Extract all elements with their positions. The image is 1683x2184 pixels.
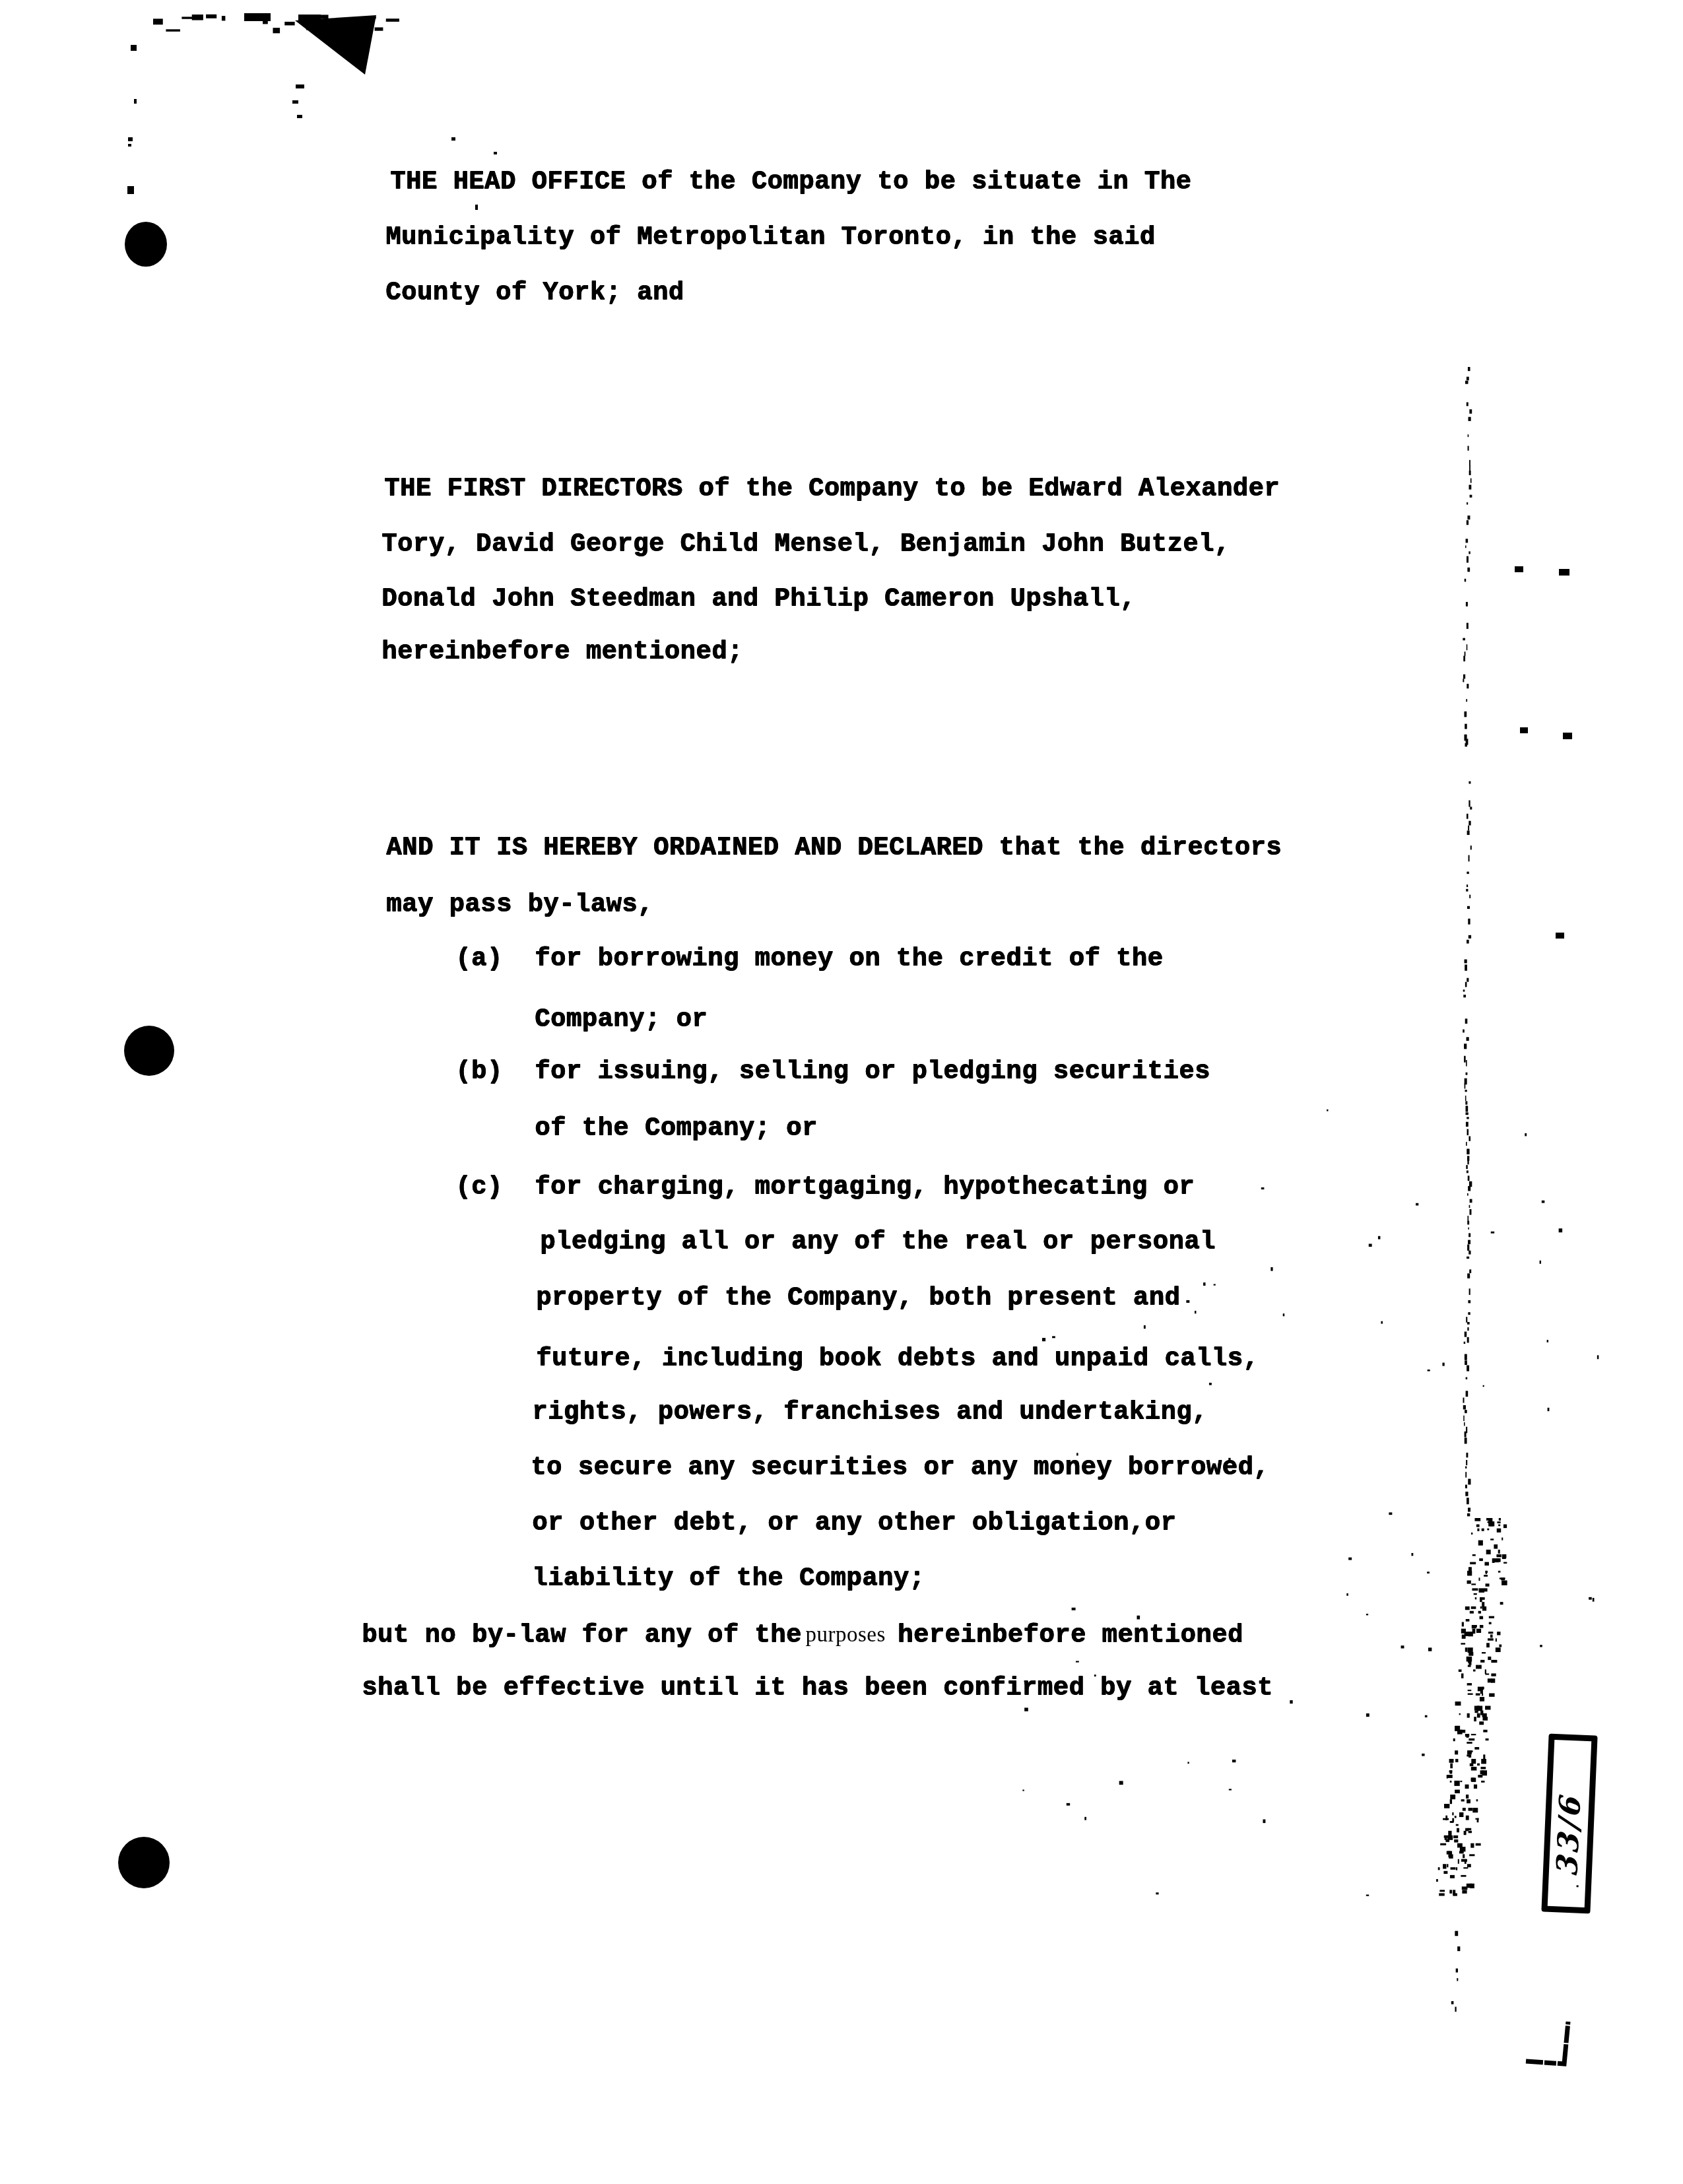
closing-line-part: hereinbefore mentioned <box>898 1620 1243 1649</box>
typewritten-line: shall be effective until it has been con… <box>362 1675 1273 1701</box>
corner-fold-triangle-mark <box>295 15 376 75</box>
typewritten-line: may pass by-laws, <box>386 892 653 917</box>
typewritten-line: County of York; and <box>385 280 684 306</box>
typewritten-line: for charging, mortgaging, hypothecating … <box>535 1174 1195 1200</box>
typewritten-line: Tory, David George Child Mensel, Benjami… <box>381 531 1230 557</box>
typewritten-line: Municipality of Metropolitan Toronto, in… <box>385 224 1155 250</box>
corner-mark <box>1526 2022 1568 2064</box>
typewritten-line: Donald John Steedman and Philip Cameron … <box>381 586 1136 612</box>
typewritten-line: property of the Company, both present an… <box>536 1285 1180 1311</box>
typewritten-line: or other debt, or any other obligation,o… <box>532 1510 1176 1536</box>
typewritten-line: hereinbefore mentioned; <box>381 639 743 665</box>
typewritten-line: rights, powers, franchises and undertaki… <box>532 1399 1208 1425</box>
hole-punch <box>124 1026 174 1076</box>
typewritten-line: of the Company; or <box>535 1115 817 1141</box>
closing-line-part: but no by-law for any of the <box>362 1620 802 1649</box>
typewritten-line: THE HEAD OFFICE of the Company to be sit… <box>390 169 1191 195</box>
typewritten-line: to secure any securities or any money bo… <box>531 1455 1269 1480</box>
inserted-word: purposes <box>806 1623 886 1647</box>
hole-punch <box>125 222 167 267</box>
typewritten-line: future, including book debts and unpaid … <box>536 1346 1259 1372</box>
typewritten-line: for issuing, selling or pledging securit… <box>535 1059 1210 1084</box>
typewritten-line: for borrowing money on the credit of the <box>535 946 1163 972</box>
list-marker-b: (b) <box>455 1059 502 1084</box>
list-marker-a: (a) <box>455 946 502 972</box>
typewritten-line: but no by-law for any of thepurposeshere… <box>362 1622 1243 1648</box>
list-marker-c: (c) <box>455 1174 502 1200</box>
stamp-box: 33/6 <box>1541 1734 1597 1914</box>
stamp-value: 33/6 <box>1550 1790 1587 1876</box>
typewritten-line: THE FIRST DIRECTORS of the Company to be… <box>384 476 1280 502</box>
scanned-document-page: THE HEAD OFFICE of the Company to be sit… <box>0 0 1683 2184</box>
typewritten-line: AND IT IS HEREBY ORDAINED AND DECLARED t… <box>386 835 1282 861</box>
typewritten-line: pledging all or any of the real or perso… <box>540 1229 1216 1255</box>
scan-noise-layer <box>0 0 1683 2184</box>
typewritten-line: Company; or <box>535 1007 708 1032</box>
hole-punch <box>118 1837 170 1888</box>
typewritten-line: liability of the Company; <box>532 1566 925 1591</box>
